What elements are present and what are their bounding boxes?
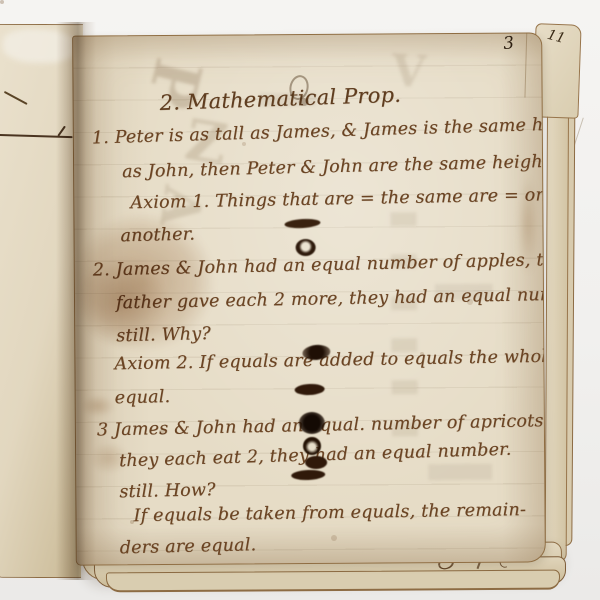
- corner-crease: [524, 32, 527, 97]
- left-page-pen-slash: [4, 91, 28, 105]
- ink-mark: [299, 98, 309, 106]
- manuscript-line: still. Why?: [116, 324, 211, 346]
- foxing-speckles: [0, 0, 4, 4]
- manuscript-line: ders are equal.: [120, 535, 257, 558]
- ink-blot: [299, 412, 325, 434]
- manuscript-line: 1. Peter is as tall as James, & James is…: [92, 114, 546, 149]
- manuscript-line: father gave each 2 more, they had an equ…: [116, 284, 546, 313]
- page-number: 3: [502, 33, 515, 54]
- manuscript-line: 2. James & John had an equal number of a…: [93, 249, 546, 280]
- manuscript-line: equal.: [114, 387, 170, 408]
- ink-blot: [291, 469, 325, 480]
- left-page: [0, 24, 83, 578]
- ink-blot: [284, 218, 320, 229]
- manuscript-page: P Z A V 3 2. Mathematical Prop. 1. Peter…: [72, 32, 546, 565]
- ink-blot: [303, 437, 321, 455]
- left-page-scuff: [3, 29, 79, 63]
- ghost-smudge: [428, 464, 492, 480]
- left-page-pen-line: [0, 134, 73, 138]
- under-page-number: 11: [545, 27, 567, 47]
- ink-blot: [296, 239, 316, 256]
- ink-blot: [305, 456, 327, 469]
- manuscript-line: If equals be taken from equals, the rema…: [133, 500, 526, 526]
- page-edge-bottom-3: [106, 570, 560, 593]
- notebook-photo: 11 P Z A V 3 2. Mathematical Prop. 1. Pe…: [0, 0, 600, 600]
- manuscript-line: another.: [120, 224, 195, 246]
- ink-blot: [294, 383, 324, 395]
- manuscript-line: still. How?: [119, 480, 216, 502]
